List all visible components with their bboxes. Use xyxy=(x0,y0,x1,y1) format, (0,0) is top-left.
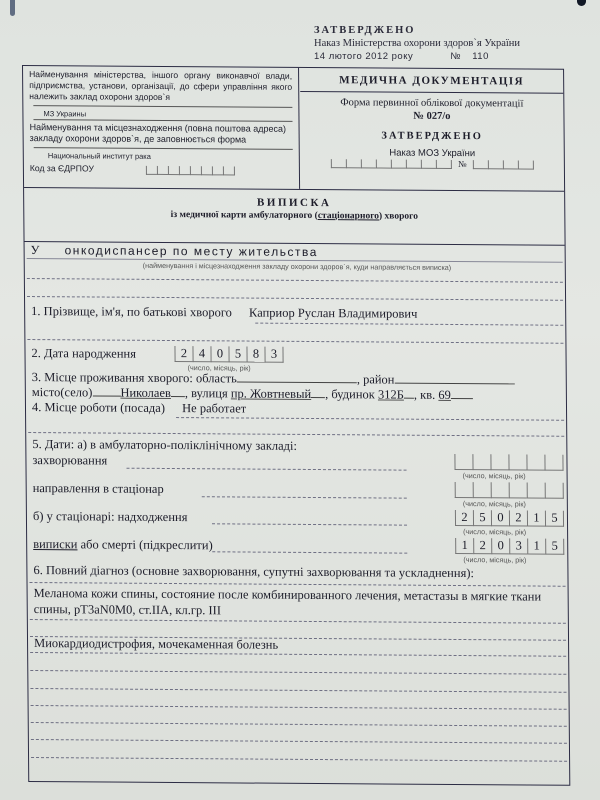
order-number-label: № xyxy=(458,159,467,169)
date-digit-cell[interactable] xyxy=(527,482,545,498)
name-label: 1. Прізвище, ім'я, по батькові хворого xyxy=(31,304,232,319)
date-digit-cell[interactable]: 0 xyxy=(210,346,228,362)
work-label: 4. Місце роботи (посада) xyxy=(32,400,165,415)
edrpou-row: Код за ЄДРПОУ xyxy=(30,163,293,176)
work-row: 4. Місце роботи (посада) Не работает xyxy=(32,400,560,419)
date-digit-cell[interactable]: 4 xyxy=(192,346,210,362)
date-digit-cell[interactable]: 1 xyxy=(527,510,545,526)
approval-title: ЗАТВЕРДЖЕНО xyxy=(314,24,520,37)
diagnosis-label: 6. Повний діагноз (основне захворювання,… xyxy=(33,563,561,582)
order-date-cells[interactable] xyxy=(331,159,452,169)
date-digit-cell[interactable]: 2 xyxy=(174,346,192,362)
approval-header: ЗАТВЕРДЖЕНО Наказ Міністерства охорони з… xyxy=(314,24,520,63)
name-row: 1. Прізвище, ім'я, по батькові хворого К… xyxy=(31,304,559,323)
order-number-cells[interactable] xyxy=(473,160,534,169)
institution-block: Найменування міністерства, іншого органу… xyxy=(23,66,300,189)
date-digit-cell[interactable] xyxy=(526,454,544,470)
residence-label: 3. Місце проживання хворого: область xyxy=(32,370,237,385)
date-digit-cell[interactable] xyxy=(545,483,564,499)
form-type-block: МЕДИЧНА ДОКУМЕНТАЦІЯ Форма первинної обл… xyxy=(300,68,564,191)
date-digit-cell[interactable] xyxy=(508,454,526,470)
date-digit-cell[interactable] xyxy=(544,455,563,471)
date-digit-cell[interactable]: 5 xyxy=(545,539,564,555)
ministry-label: Найменування міністерства, іншого органу… xyxy=(29,69,292,104)
city-value[interactable]: Николаев xyxy=(120,386,171,400)
inpatient-underlined: стаціонарного xyxy=(318,211,379,221)
institution-label: Найменування та місцезнаходження (повна … xyxy=(29,122,292,146)
medical-documentation-title: МЕДИЧНА ДОКУМЕНТАЦІЯ xyxy=(300,68,563,94)
edrpou-cells[interactable] xyxy=(146,166,235,176)
ministry-value: МЗ Украины xyxy=(29,108,292,121)
date-digit-cell[interactable] xyxy=(472,454,490,470)
name-value[interactable]: Каприор Руслан Владимирович xyxy=(249,306,417,321)
date-digit-cell[interactable]: 5 xyxy=(228,346,246,362)
date-digit-cell[interactable]: 5 xyxy=(473,510,491,526)
date-digit-cell[interactable] xyxy=(509,482,527,498)
discharge-underlined: виписки xyxy=(33,537,77,551)
apt-label: , кв. xyxy=(414,388,435,402)
date-digit-cell[interactable] xyxy=(454,454,472,470)
city-label: місто(село) xyxy=(32,385,93,399)
date-digit-cell[interactable]: 5 xyxy=(545,511,564,527)
recipient-prefix: У xyxy=(31,243,40,257)
diagnosis-main-line2[interactable]: спины, pT3aN0M0, ст.IIA, кл.гр. III xyxy=(34,602,562,621)
approval-order: Наказ Міністерства охорони здоров`я Укра… xyxy=(314,37,520,50)
form-number: № 027/о xyxy=(300,109,563,124)
date-digit-cell[interactable]: 1 xyxy=(455,538,473,554)
birth-row: 2. Дата народження xyxy=(31,346,559,365)
date-digit-cell[interactable]: 8 xyxy=(246,347,264,363)
approval-number-label: № xyxy=(450,51,461,62)
approval-date-line: 14 лютого 2012 року № 110 xyxy=(314,50,520,63)
date-digit-cell[interactable]: 1 xyxy=(527,538,545,554)
street-value[interactable]: пр. Жовтневый xyxy=(231,386,311,401)
recipient-caption: (найменування і місцезнаходження закладу… xyxy=(143,261,451,272)
order-number-row: № xyxy=(301,158,564,170)
date-digit-cell[interactable]: 2 xyxy=(455,510,473,526)
date-digit-cell[interactable]: 3 xyxy=(509,538,527,554)
date-digit-cell[interactable] xyxy=(473,482,491,498)
date-digit-cell[interactable]: 0 xyxy=(491,510,509,526)
district-field[interactable] xyxy=(394,383,514,385)
birth-date-cells[interactable]: 240583 xyxy=(174,346,283,363)
birth-label: 2. Дата народження xyxy=(31,346,136,361)
region-field[interactable] xyxy=(237,381,357,383)
apt-value[interactable]: 69 xyxy=(438,388,451,402)
extract-title-block: ВИПИСКА із медичної карти амбулаторного … xyxy=(24,195,564,223)
illness-date-cells[interactable] xyxy=(454,454,563,471)
extract-title: ВИПИСКА xyxy=(24,195,564,211)
street-label: , вулиця xyxy=(185,386,228,400)
date-digit-cell[interactable]: 2 xyxy=(473,538,491,554)
extract-subtitle: із медичної карти амбулаторного (стаціон… xyxy=(24,209,564,223)
date-digit-cell[interactable] xyxy=(455,482,473,498)
district-label: , район xyxy=(357,372,395,386)
form-line: Форма первинної облікової документації xyxy=(300,96,563,111)
date-digit-cell[interactable] xyxy=(490,454,508,470)
approval-number: 110 xyxy=(472,51,489,62)
edrpou-label: Код за ЄДРПОУ xyxy=(30,163,94,174)
referral-date-cells[interactable] xyxy=(455,482,564,499)
house-value[interactable]: 312Б xyxy=(378,387,404,401)
medical-form: Найменування міністерства, іншого органу… xyxy=(22,65,570,786)
date-digit-cell[interactable]: 3 xyxy=(264,347,283,363)
recipient-value[interactable]: онкодиспансер по месту жительства xyxy=(65,243,318,259)
pen-mark-left xyxy=(10,0,15,16)
form-approved: ЗАТВЕРДЖЕНО xyxy=(301,130,564,143)
discharge-date-cells[interactable]: 120315 xyxy=(455,538,564,555)
institution-value: Национальный институт рака xyxy=(30,150,293,163)
admission-date-cells[interactable]: 250215 xyxy=(455,510,564,527)
pen-mark-right xyxy=(577,0,586,6)
approval-date: 14 лютого 2012 року xyxy=(314,51,413,62)
date-digit-cell[interactable] xyxy=(491,482,509,498)
house-label: , будинок xyxy=(325,387,375,401)
date-digit-cell[interactable]: 2 xyxy=(509,510,527,526)
date-digit-cell[interactable]: 0 xyxy=(491,538,509,554)
work-value[interactable]: Не работает xyxy=(182,401,246,415)
